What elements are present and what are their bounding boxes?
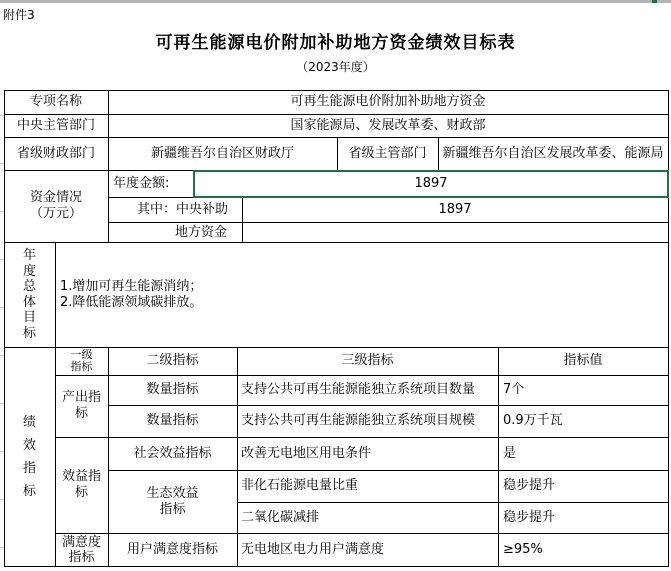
indicator-value-cell[interactable]: 0.9万千瓦 [503,405,668,437]
provincial-dept-value-cell[interactable]: 新疆维吾尔自治区发展改革委、能源局 [438,137,668,170]
grid-line [4,566,669,567]
central-subsidy-value-cell[interactable]: 1897 [242,198,668,222]
local-fund-value-cell[interactable] [242,223,668,242]
group-output-label: 产出指 标 [55,375,108,437]
annual-goal-text-cell[interactable]: 1.增加可再生能源消纳； 2.降低能源领域碳排放。 [60,242,665,347]
grid-line [237,347,238,566]
annual-goal-section-label: 年 度 总 体 目 标 [4,242,55,347]
page-subtitle: （2023年度） [0,58,671,75]
special-fund-value-cell[interactable]: 可再生能源电价附加补助地方资金 [108,90,668,114]
grid-line [498,347,499,566]
central-subsidy-label: 其中：中央补助 [137,198,241,222]
header-level3: 三级指标 [237,347,498,375]
selected-column-marker [652,0,657,3]
performance-section-label: 绩 效 指 标 [4,347,55,566]
provincial-finance-label: 省级财政部门 [4,137,108,170]
level3-cell[interactable]: 无电地区电力用户满意度 [241,533,497,566]
level2-cell[interactable]: 社会效益指标 [108,437,237,470]
indicator-value-cell[interactable]: 稳步提升 [503,470,668,502]
central-dept-label: 中央主管部门 [4,114,108,137]
level2-cell[interactable]: 数量指标 [108,405,237,437]
annual-amount-label: 年度金额: [113,170,193,197]
level3-cell[interactable]: 支持公共可再生能源能独立系统项目规模 [241,405,497,437]
indicator-value-cell[interactable]: 稳步提升 [503,502,668,533]
provincial-dept-label: 省级主管部门 [337,137,438,170]
central-dept-value-cell[interactable]: 国家能源局、发展改革委、财政部 [108,114,668,137]
funding-section-label: 资金情况 （万元） [4,170,108,242]
excel-column-header-strip [0,0,671,3]
group-benefit-label: 效益指 标 [55,437,108,533]
indicator-value-cell[interactable]: 7个 [503,375,668,405]
attachment-label: 附件3 [3,6,35,23]
level2-cell[interactable]: 生态效益 指标 [108,470,237,533]
selected-cell-border[interactable] [193,170,669,198]
excel-sheet: 附件3 可再生能源电价附加补助地方资金绩效目标表 （2023年度） 专项名称 可… [0,0,671,571]
provincial-finance-value-cell[interactable]: 新疆维吾尔自治区财政厅 [108,137,337,170]
local-fund-label: 地方资金 [175,223,241,242]
header-value: 指标值 [498,347,668,375]
level3-cell[interactable]: 非化石能源电量比重 [241,470,497,502]
level3-cell[interactable]: 改善无电地区用电条件 [241,437,497,470]
group-satisfaction-label: 满意度 指标 [55,533,108,566]
level2-cell[interactable]: 用户满意度指标 [108,533,237,566]
grid-line [668,90,669,567]
page-title: 可再生能源电价附加补助地方资金绩效目标表 [0,28,671,53]
level3-cell[interactable]: 二氧化碳减排 [241,502,497,533]
level2-cell[interactable]: 数量指标 [108,375,237,405]
indicator-value-cell[interactable]: 是 [503,437,668,470]
header-level1: 一级 指标 [55,347,108,375]
special-fund-label: 专项名称 [4,90,108,114]
header-level2: 二级指标 [108,347,237,375]
indicator-value-cell[interactable]: ≥95% [503,533,668,566]
level3-cell[interactable]: 支持公共可再生能源能独立系统项目数量 [241,375,497,405]
